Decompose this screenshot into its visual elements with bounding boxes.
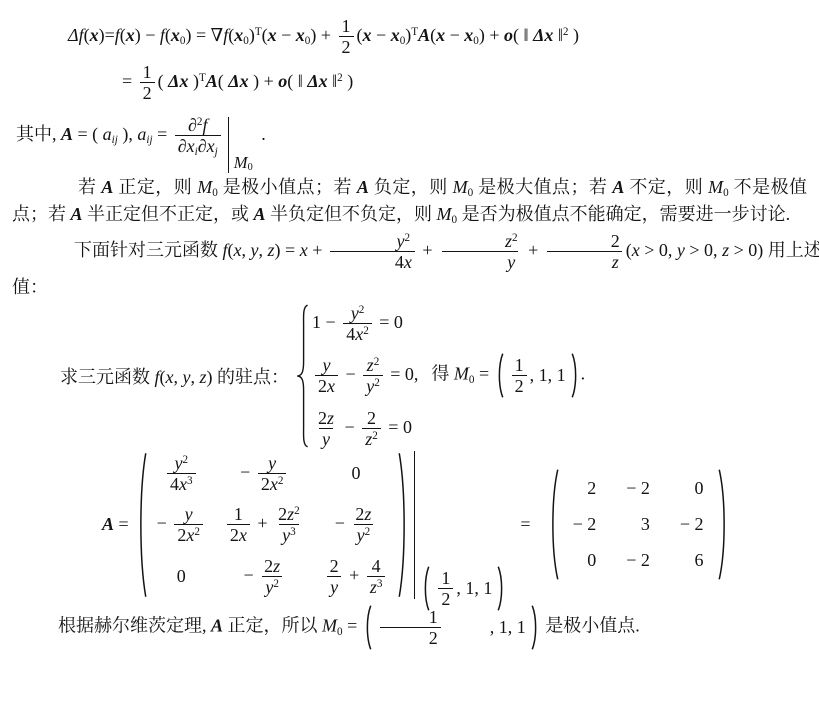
matrix-cell: − y2x2 [240, 453, 289, 494]
left-paren-icon [136, 451, 149, 599]
document-page: Δf(x)=f(x) − f(x0) = ∇f(x0)T(x − x0) + 1… [0, 0, 819, 708]
matrix-cell: − 2 [626, 550, 650, 571]
left-paren-icon [548, 468, 561, 581]
problem-statement-line-1: 下面针对三元函数 f(x, y, z) = x + y24x + z2y + 2… [12, 231, 813, 272]
hessian-numeric-matrix: 2 − 2 0 − 2 3 − 2 0 − 2 6 [548, 468, 729, 581]
right-paren-icon [716, 468, 729, 581]
matrix-cell: y24x3 [164, 453, 199, 494]
system-left-brace [294, 303, 310, 449]
matrix-cell: 0 [352, 463, 361, 484]
matrix-cell: 2 [587, 478, 596, 499]
hessian-symbolic-matrix: y24x3 − y2x2 0 − y2x2 12x + 2z2y3 − 2zy2… [136, 451, 410, 599]
hessian-label: A = [102, 514, 129, 535]
taylor-expansion-line-1: Δf(x)=f(x) − f(x0) = ∇f(x0)T(x − x0) + 1… [68, 16, 813, 57]
matrix-cell: − 2 [573, 514, 597, 535]
matrix-cell: − 2zy2 [243, 556, 286, 597]
matrix-cell: 0 [695, 478, 704, 499]
matrix-cell: − 2zy2 [335, 504, 378, 545]
matrix-cell: 3 [641, 514, 650, 535]
hessian-matrix-section: A = y24x3 − y2x2 0 − y2x2 12x + 2z2y3 − … [102, 451, 813, 599]
evaluation-point: 12, 1, 1 [420, 566, 507, 611]
system-equation-1: 1 − y24x2 = 0 [312, 303, 418, 344]
matrix-cell: − 2 [680, 514, 704, 535]
matrix-cell: 0 [587, 550, 596, 571]
equation-system: 1 − y24x2 = 0 y2x − z2y2 = 0, 2zy − 2z2 … [312, 303, 418, 449]
matrix-cell: 0 [177, 566, 186, 587]
matrix-cell: 12x + 2z2y3 [224, 504, 306, 545]
matrix-cell: 6 [695, 550, 704, 571]
hessian-definition-line: 其中, A = ( aij ), aij = ∂2f∂xi∂xjM0 . [16, 108, 813, 164]
evaluation-bar: 12, 1, 1 [414, 451, 514, 599]
matrix-cell: − 2 [626, 478, 650, 499]
system-equation-3: 2zy − 2z2 = 0 [312, 408, 418, 449]
system-equation-2: y2x − z2y2 = 0, [312, 355, 418, 396]
matrix-cell: − y2x2 [157, 504, 206, 545]
matrix-cell: 2y + 4z3 [324, 556, 389, 597]
symbolic-matrix-cells: y24x3 − y2x2 0 − y2x2 12x + 2z2y3 − 2zy2… [149, 451, 397, 599]
definiteness-rules-paragraph: 若 A 正定，则 M0 是极小值点；若 A 负定，则 M0 是极大值点；若 A … [12, 174, 807, 228]
taylor-expansion-line-2: = 12( Δx )TA( Δx ) + o( ‖ Δx ‖2 ) [122, 62, 813, 103]
right-paren-icon [396, 451, 409, 599]
numeric-matrix-cells: 2 − 2 0 − 2 3 − 2 0 − 2 6 [561, 468, 716, 581]
stationary-point-section: 求三元函数 f(x, y, z) 的驻点： 1 − y24x2 = 0 y2x … [60, 303, 813, 449]
equals-sign: = [520, 514, 530, 535]
stationary-point-result: 得 M0 = 12, 1, 1. [431, 353, 585, 398]
conclusion-line: 根据赫尔维茨定理, A 正定，所以 M0 = 12, 1, 1 是极小值点. [12, 605, 807, 650]
problem-statement-line-2: 值： [12, 273, 813, 299]
stationary-lead-text: 求三元函数 f(x, y, z) 的驻点： [60, 363, 289, 389]
